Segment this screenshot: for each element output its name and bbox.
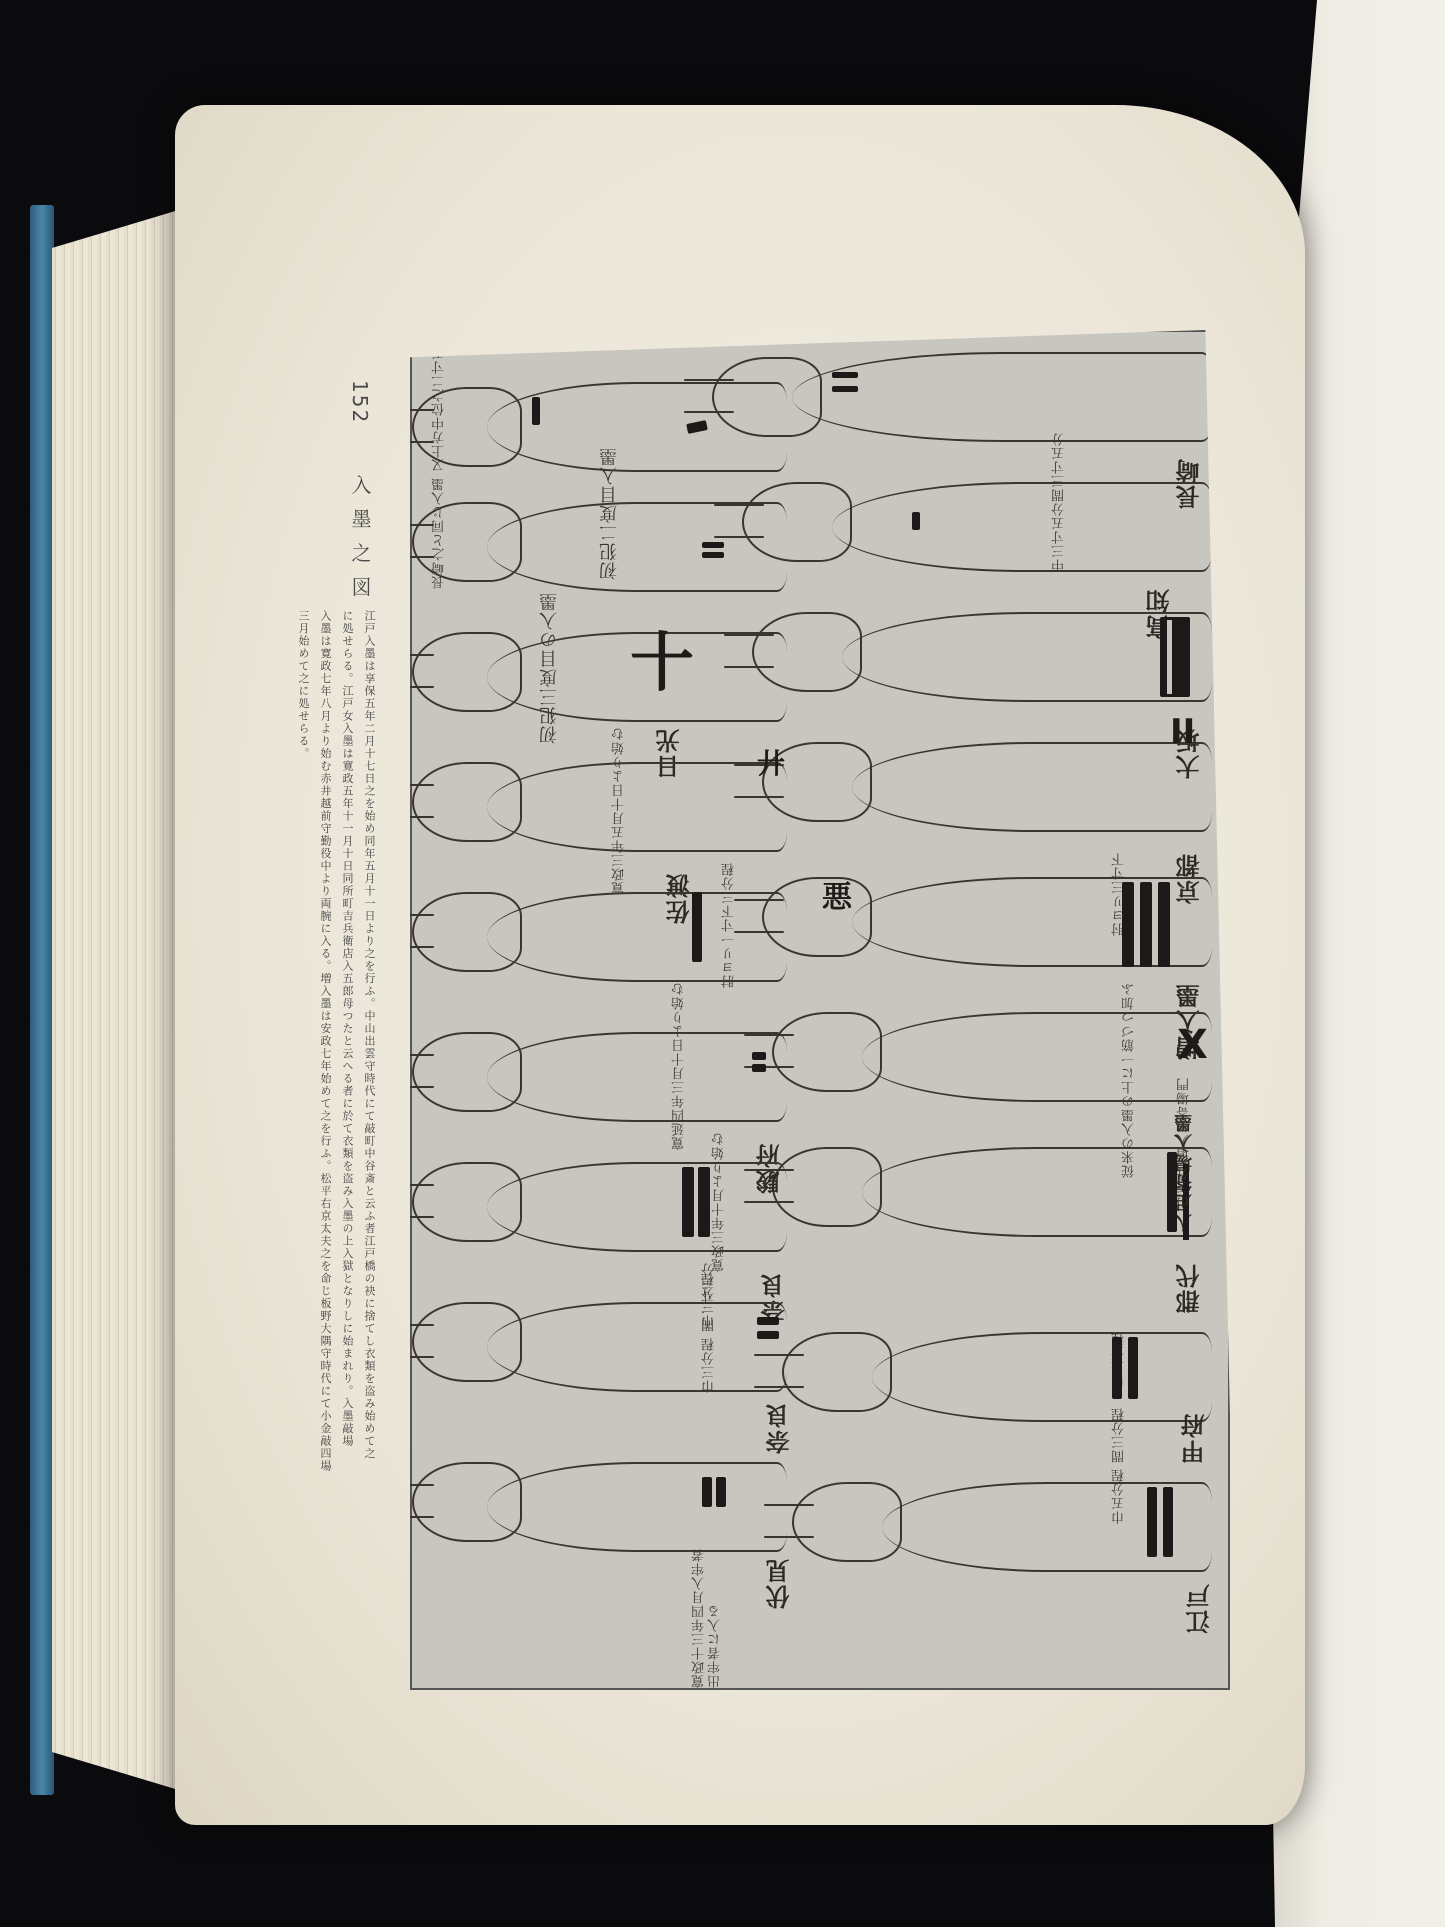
tattoo-mark: X bbox=[1177, 1022, 1208, 1068]
page-number: 152 bbox=[348, 380, 372, 424]
tattoo-note: 巾三分程 bbox=[702, 1272, 718, 1328]
hand-drawing bbox=[412, 1462, 522, 1542]
caption-line: 入墨は寛政七年八月より始む赤井越前守勤役中より両腕に入る。増入墨は安政七年始めて… bbox=[314, 610, 336, 1660]
tattoo-mark bbox=[1167, 1152, 1177, 1232]
tattoo-mark bbox=[1122, 882, 1134, 967]
book-cover-spine bbox=[30, 205, 54, 1795]
caption-text: 江戸入墨は享保五年二月十七日之を始め同年五月十一日より之を行ふ。中山出雲守時代に… bbox=[290, 610, 380, 1660]
tattoo-mark bbox=[692, 892, 702, 962]
hand-drawing bbox=[772, 1147, 882, 1227]
tattoo-mark bbox=[1172, 617, 1190, 697]
tattoo-mark bbox=[682, 1167, 694, 1237]
page-header: 152 入墨之図 bbox=[345, 380, 375, 611]
tattoo-illustration-plate: 長崎 中三寸五分間三寸五分 高知 大坂 II 京都 肘ヨリ三寸下 増入墨 bbox=[410, 330, 1230, 1690]
tattoo-mark bbox=[1147, 1487, 1157, 1557]
page-title: 入墨之図 bbox=[348, 475, 372, 611]
caption-line: 三月始めて之に処せらる。 bbox=[292, 610, 314, 1660]
tattoo-mark bbox=[757, 1317, 779, 1325]
hand-drawing bbox=[412, 632, 522, 712]
tattoo-mark: 十 bbox=[630, 632, 694, 696]
hand-drawing bbox=[782, 1332, 892, 1412]
region-label: 江戸 bbox=[1182, 1582, 1217, 1634]
caption-line: 江戸入墨は享保五年二月十七日之を始め同年五月十一日より之を行ふ。中山出雲守時代に… bbox=[358, 610, 380, 1660]
tattoo-mark bbox=[702, 542, 724, 548]
hand-drawing bbox=[412, 502, 522, 582]
hand-drawing bbox=[772, 1012, 882, 1092]
tattoo-mark bbox=[1112, 1337, 1122, 1399]
tattoo-mark bbox=[752, 1052, 766, 1060]
region-label: 甲府 bbox=[1177, 1412, 1212, 1464]
tattoo-mark bbox=[912, 512, 920, 530]
tattoo-note: 寛政十三年四月入牢者出牢者に入る bbox=[692, 1542, 724, 1688]
tattoo-mark bbox=[532, 397, 540, 425]
hand-drawing bbox=[412, 1162, 522, 1242]
region-label: 奈良 bbox=[762, 1402, 797, 1454]
region-label: 伏見 bbox=[762, 1557, 797, 1609]
hand-drawing bbox=[412, 387, 522, 467]
tattoo-mark: II bbox=[1170, 712, 1195, 752]
tattoo-note: 巾三分 増入墨寄場門 bbox=[1177, 1077, 1193, 1208]
center-symbol: 悪 bbox=[822, 872, 852, 916]
hand-drawing bbox=[412, 1302, 522, 1382]
hand-drawing bbox=[412, 1032, 522, 1112]
tattoo-mark: 廾 bbox=[757, 742, 785, 782]
tattoo-mark bbox=[702, 1477, 712, 1507]
hand-drawing bbox=[412, 892, 522, 972]
hand-drawing bbox=[412, 762, 522, 842]
caption-line: に処せらる。江戸女入墨は寛政五年十一月十日同所町吉兵衛店入五郎母つたと云へる者に… bbox=[336, 610, 358, 1660]
tattoo-mark bbox=[832, 372, 858, 378]
hand-drawing bbox=[792, 1482, 902, 1562]
region-label: 郡代 bbox=[1172, 1262, 1207, 1314]
